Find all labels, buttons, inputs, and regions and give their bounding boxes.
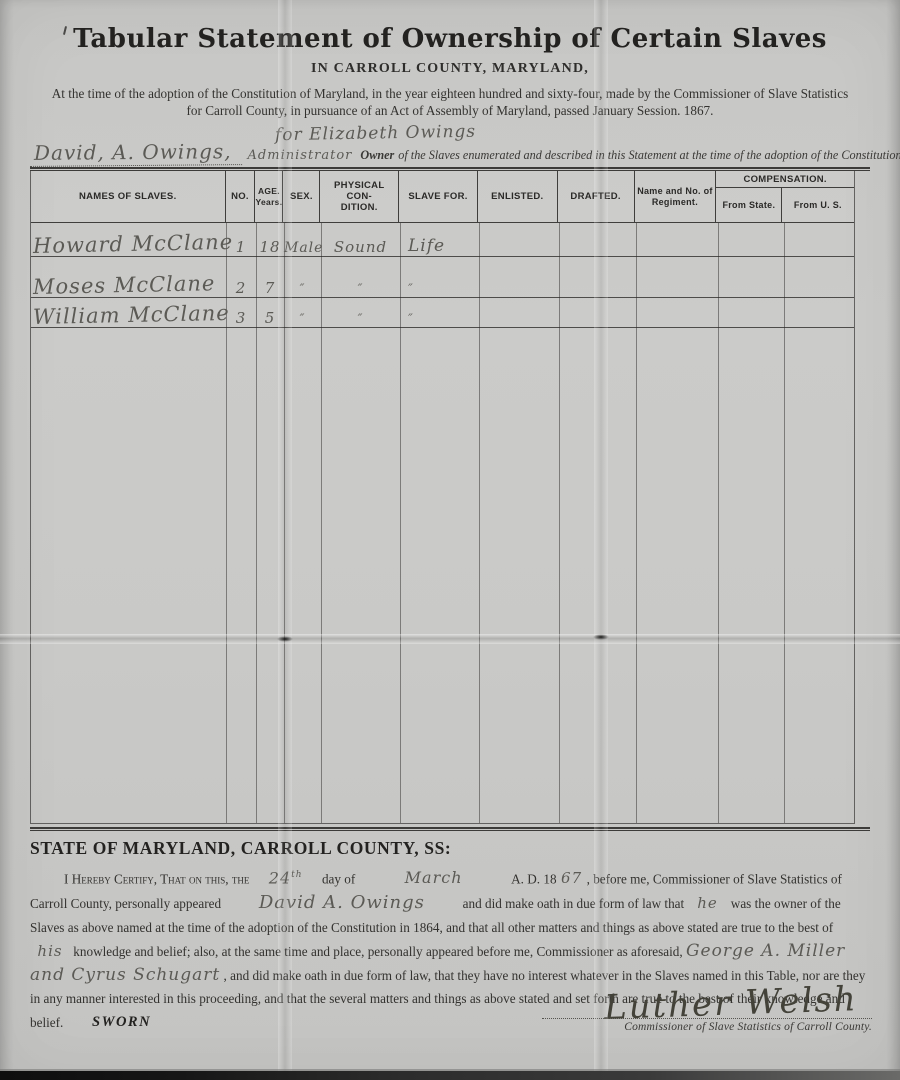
handwritten-year: 67: [557, 867, 587, 891]
handwritten-pronoun: he: [688, 892, 728, 916]
header-from-us: From U. S.: [782, 188, 853, 222]
row-physical-condition: Sound: [321, 238, 400, 256]
fold-intersection-mark: [274, 635, 296, 643]
slave-table: NAMES OF SLAVES. NO. AGE.Years. SEX. PHY…: [30, 171, 855, 824]
header-regiment: Name and No. ofRegiment.: [635, 171, 717, 222]
preamble-line-2: for Carroll County, in pursuance of an A…: [187, 103, 714, 118]
cert-line1-c: A. D. 18: [511, 871, 556, 886]
scan-bottom-edge: [0, 1071, 900, 1080]
row-slave-name: Howard McClane: [31, 230, 226, 258]
table-bottom-border: [31, 823, 854, 824]
owner-printed-rest: of the Slaves enumerated and described i…: [398, 148, 900, 162]
cert-line1-b: day of: [322, 871, 355, 886]
header-sex-label: SEX.: [290, 191, 313, 202]
cert-line2-d: the owner: [755, 896, 807, 911]
cert-line5: , and did make oath in due form of law, …: [224, 968, 742, 983]
table-row: William McClane 3 5 ″ ″ ″: [31, 298, 854, 328]
row-no: 3: [226, 309, 256, 327]
header-slave-for-label: SLAVE FOR.: [408, 191, 467, 202]
header-compensation: COMPENSATION. From State. From U. S.: [716, 171, 854, 222]
cert-line4-a: best of: [798, 920, 834, 935]
row-physical-ditto: ″: [321, 312, 400, 327]
scanned-document-page: Tabular Statement of Ownership of Certai…: [0, 0, 900, 1080]
fold-intersection-mark: [590, 633, 612, 641]
owner-label: Owner: [360, 148, 394, 162]
vertical-fold-crease: [594, 0, 608, 1080]
cert-line2-c: was: [731, 896, 752, 911]
header-enlisted-label: ENLISTED.: [491, 191, 543, 202]
header-physical-condition: PHYSICAL CON-DITION.: [320, 171, 399, 222]
rule-above-certification: [30, 827, 870, 831]
header-no: NO.: [226, 171, 256, 222]
owner-line: David, A. Owings, Administrator Ownerof …: [30, 140, 870, 164]
horizontal-fold-crease: [0, 634, 900, 644]
header-names-label: NAMES OF SLAVES.: [79, 191, 177, 202]
header-compensation-label: COMPENSATION.: [716, 171, 854, 188]
table-body: Howard McClane 1 18 Male Sound Life Mose…: [31, 223, 854, 823]
header-from-state: From State.: [716, 188, 782, 222]
handwritten-witness-2: and Cyrus Schugart: [30, 964, 220, 988]
page-title: Tabular Statement of Ownership of Certai…: [30, 24, 870, 54]
certification-heading: STATE OF MARYLAND, CARROLL COUNTY, SS:: [30, 838, 870, 859]
row-no: 2: [226, 279, 256, 297]
row-slave-for: Life: [400, 236, 479, 256]
signature-block: Luther Welsh Commissioner of Slave Stati…: [542, 984, 872, 1033]
sworn-label: SWORN: [92, 1014, 151, 1031]
header-physical-line1: PHYSICAL CON-: [321, 180, 397, 202]
cert-line1-a: I Hereby Certify, That on this, the: [64, 871, 249, 886]
row-slave-name: Moses McClane: [31, 271, 226, 299]
cert-line2-a: County, personally appeared: [71, 896, 221, 911]
handwritten-owner-role: Administrator: [248, 148, 353, 163]
row-slave-for-ditto: ″: [400, 312, 479, 327]
header-physical-line2: DITION.: [341, 202, 378, 213]
cert-line4-b: knowledge and belief; also, at the same …: [73, 944, 682, 959]
preamble: At the time of the adoption of the Const…: [35, 85, 865, 119]
row-slave-name: William McClane: [31, 301, 226, 329]
header-slave-for: SLAVE FOR.: [399, 171, 478, 222]
vertical-fold-crease: [278, 0, 292, 1080]
header-regiment-line2: Regiment.: [652, 197, 698, 208]
handwritten-month: March: [359, 866, 509, 890]
row-physical-ditto: ″: [321, 282, 400, 297]
header-age-line1: AGE.: [258, 186, 280, 197]
table-header-row: NAMES OF SLAVES. NO. AGE.Years. SEX. PHY…: [31, 171, 854, 223]
page-subtitle: IN CARROLL COUNTY, MARYLAND,: [30, 61, 870, 77]
cert-line2-b: and did make oath in due form of law tha…: [463, 896, 685, 911]
handwritten-possessive: his: [30, 940, 70, 964]
day-suffix: th: [291, 870, 302, 880]
row-slave-for-ditto: ″: [400, 282, 479, 297]
compensation-subheaders: From State. From U. S.: [716, 188, 854, 222]
handwritten-owner-name: David, A. Owings,: [30, 139, 242, 167]
header-names-of-slaves: NAMES OF SLAVES.: [31, 171, 226, 222]
handwritten-witness-1: George A. Miller: [686, 940, 845, 964]
header-enlisted: ENLISTED.: [478, 171, 558, 222]
table-row: Moses McClane 2 7 ″ ″ ″: [31, 257, 854, 298]
table-row: Howard McClane 1 18 Male Sound Life: [31, 223, 854, 257]
preamble-line-1: At the time of the adoption of the Const…: [52, 86, 848, 101]
document-sheet: Tabular Statement of Ownership of Certai…: [0, 0, 900, 1035]
header-regiment-line1: Name and No. of: [637, 186, 713, 197]
header-no-label: NO.: [231, 191, 249, 202]
handwritten-appeared-name: David A. Owings: [224, 891, 459, 915]
owner-printed-text: Ownerof the Slaves enumerated and descri…: [360, 148, 900, 163]
